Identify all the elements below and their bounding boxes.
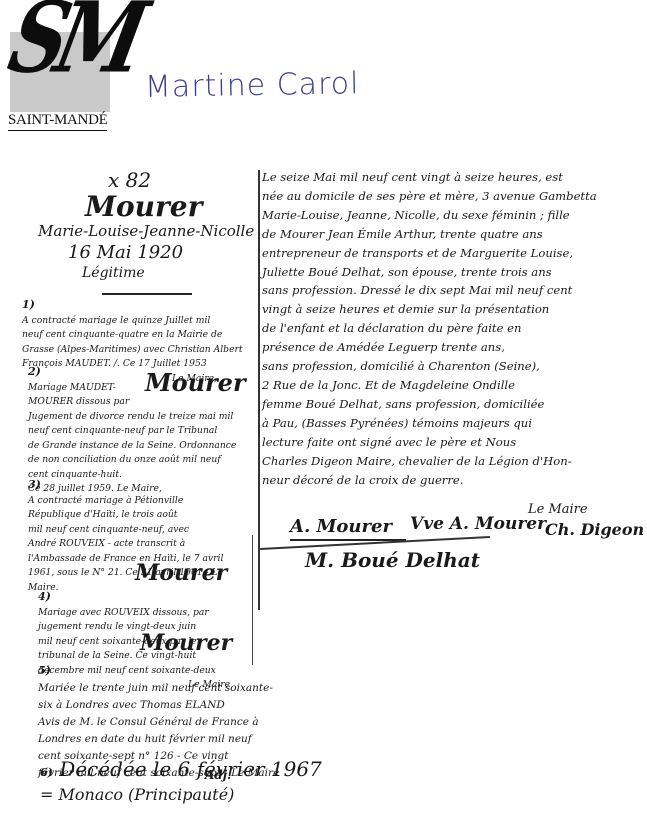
record-line: sans profession. Dressé le dix sept Mai …	[262, 281, 647, 300]
note-line: André ROUVEIX - acte transcrit à	[28, 537, 253, 552]
record-line: femme Boué Delhat, sans profession, domi…	[262, 395, 647, 414]
record-line: Marie-Louise, Jeanne, Nicolle, du sexe f…	[262, 206, 647, 225]
record-line: présence de Amédée Leguerp trente ans,	[262, 338, 647, 357]
note-line: Grasse (Alpes-Maritimes) avec Christian …	[22, 343, 247, 358]
note-number: 1)	[22, 298, 35, 311]
entry-number: x 82	[108, 168, 151, 192]
record-line: entrepreneur de transports et de Marguer…	[262, 244, 647, 263]
note-line: Avis de M. le Consul Général de France à	[38, 714, 283, 731]
note-line: République d'Haïti, le trois août	[28, 508, 253, 523]
note-line: neuf cent cinquante-quatre en la Mairie …	[22, 328, 247, 343]
note-line: Jugement de divorce rendu le treize mai …	[28, 410, 253, 425]
note-line: neuf cent cinquante-neuf par le Tribunal	[28, 424, 253, 439]
note-line: A contracté mariage à Pétionville	[28, 494, 253, 509]
main-record: Le seize Mai mil neuf cent vingt à seize…	[262, 168, 647, 489]
record-line: de Mourer Jean Émile Arthur, trente quat…	[262, 225, 647, 244]
note-line: Mariée le trente juin mil neuf cent soix…	[38, 680, 283, 697]
death-date: Décédée le 6 février 1967	[59, 757, 322, 781]
note-line: de non conciliation du onze août mil neu…	[28, 453, 253, 468]
note-number: 6)	[40, 766, 53, 779]
note-line: A contracté mariage le quinze Juillet mi…	[22, 314, 247, 329]
record-line: Juliette Boué Delhat, son épouse, trente…	[262, 263, 647, 282]
signature-note-2: Mourer	[145, 368, 246, 397]
signature-witness-1: A. Mourer	[290, 516, 406, 541]
record-line: à Pau, (Basses Pyrénées) témoins majeurs…	[262, 414, 647, 433]
note-line: MOURER dissous par	[28, 395, 253, 410]
marginal-note-6: 6) Décédée le 6 février 1967 = Monaco (P…	[40, 758, 322, 806]
signature-note-4: Mourer	[140, 630, 232, 656]
legitimacy-status: Légitime	[82, 265, 145, 281]
surname: Mourer	[85, 190, 202, 223]
note-number: 4)	[38, 590, 51, 603]
divider	[102, 293, 192, 295]
given-names: Marie-Louise-Jeanne-Nicolle	[38, 222, 254, 240]
record-line: de l'enfant et la déclaration du père fa…	[262, 319, 647, 338]
record-line: lecture faite ont signé avec le père et …	[262, 433, 647, 452]
note-number: 2)	[28, 365, 41, 378]
signature-witness-2: Vve A. Mourer	[410, 514, 546, 534]
record-line: 2 Rue de la Jonc. Et de Magdeleine Ondil…	[262, 376, 647, 395]
death-place: = Monaco (Principauté)	[40, 784, 322, 806]
record-line: neur décoré de la croix de guerre.	[262, 471, 647, 490]
record-line: Le seize Mai mil neuf cent vingt à seize…	[262, 168, 647, 187]
note-line: mil neuf cent cinquante-neuf, avec	[28, 523, 253, 538]
signature-witness-3: M. Boué Delhat	[305, 548, 480, 572]
signature-note-3: Mourer	[135, 560, 227, 586]
date-of-birth: 16 Mai 1920	[68, 242, 183, 263]
record-line: sans profession, domicilié à Charenton (…	[262, 357, 647, 376]
note-line: six à Londres avec Thomas ELAND	[38, 697, 283, 714]
logo-monogram: SM	[2, 0, 145, 88]
logo-text: SAINT-MANDÉ	[8, 112, 107, 131]
signature-maire: Ch. Digeon	[545, 520, 644, 539]
record-line: vingt à seize heures et demie sur la pré…	[262, 300, 647, 319]
record-line: Charles Digeon Maire, chevalier de la Lé…	[262, 452, 647, 471]
margin-line	[258, 170, 260, 610]
note-number: 5)	[38, 664, 51, 677]
note-line: de Grande instance de la Seine. Ordonnan…	[28, 439, 253, 454]
record-line: née au domicile de ses père et mère, 3 a…	[262, 187, 647, 206]
note-number: 3)	[28, 478, 41, 491]
note-line: Mariage avec ROUVEIX dissous, par	[38, 606, 263, 621]
note-line: Londres en date du huit février mil neuf	[38, 731, 283, 748]
annotated-name: Martine Carol	[145, 66, 360, 105]
